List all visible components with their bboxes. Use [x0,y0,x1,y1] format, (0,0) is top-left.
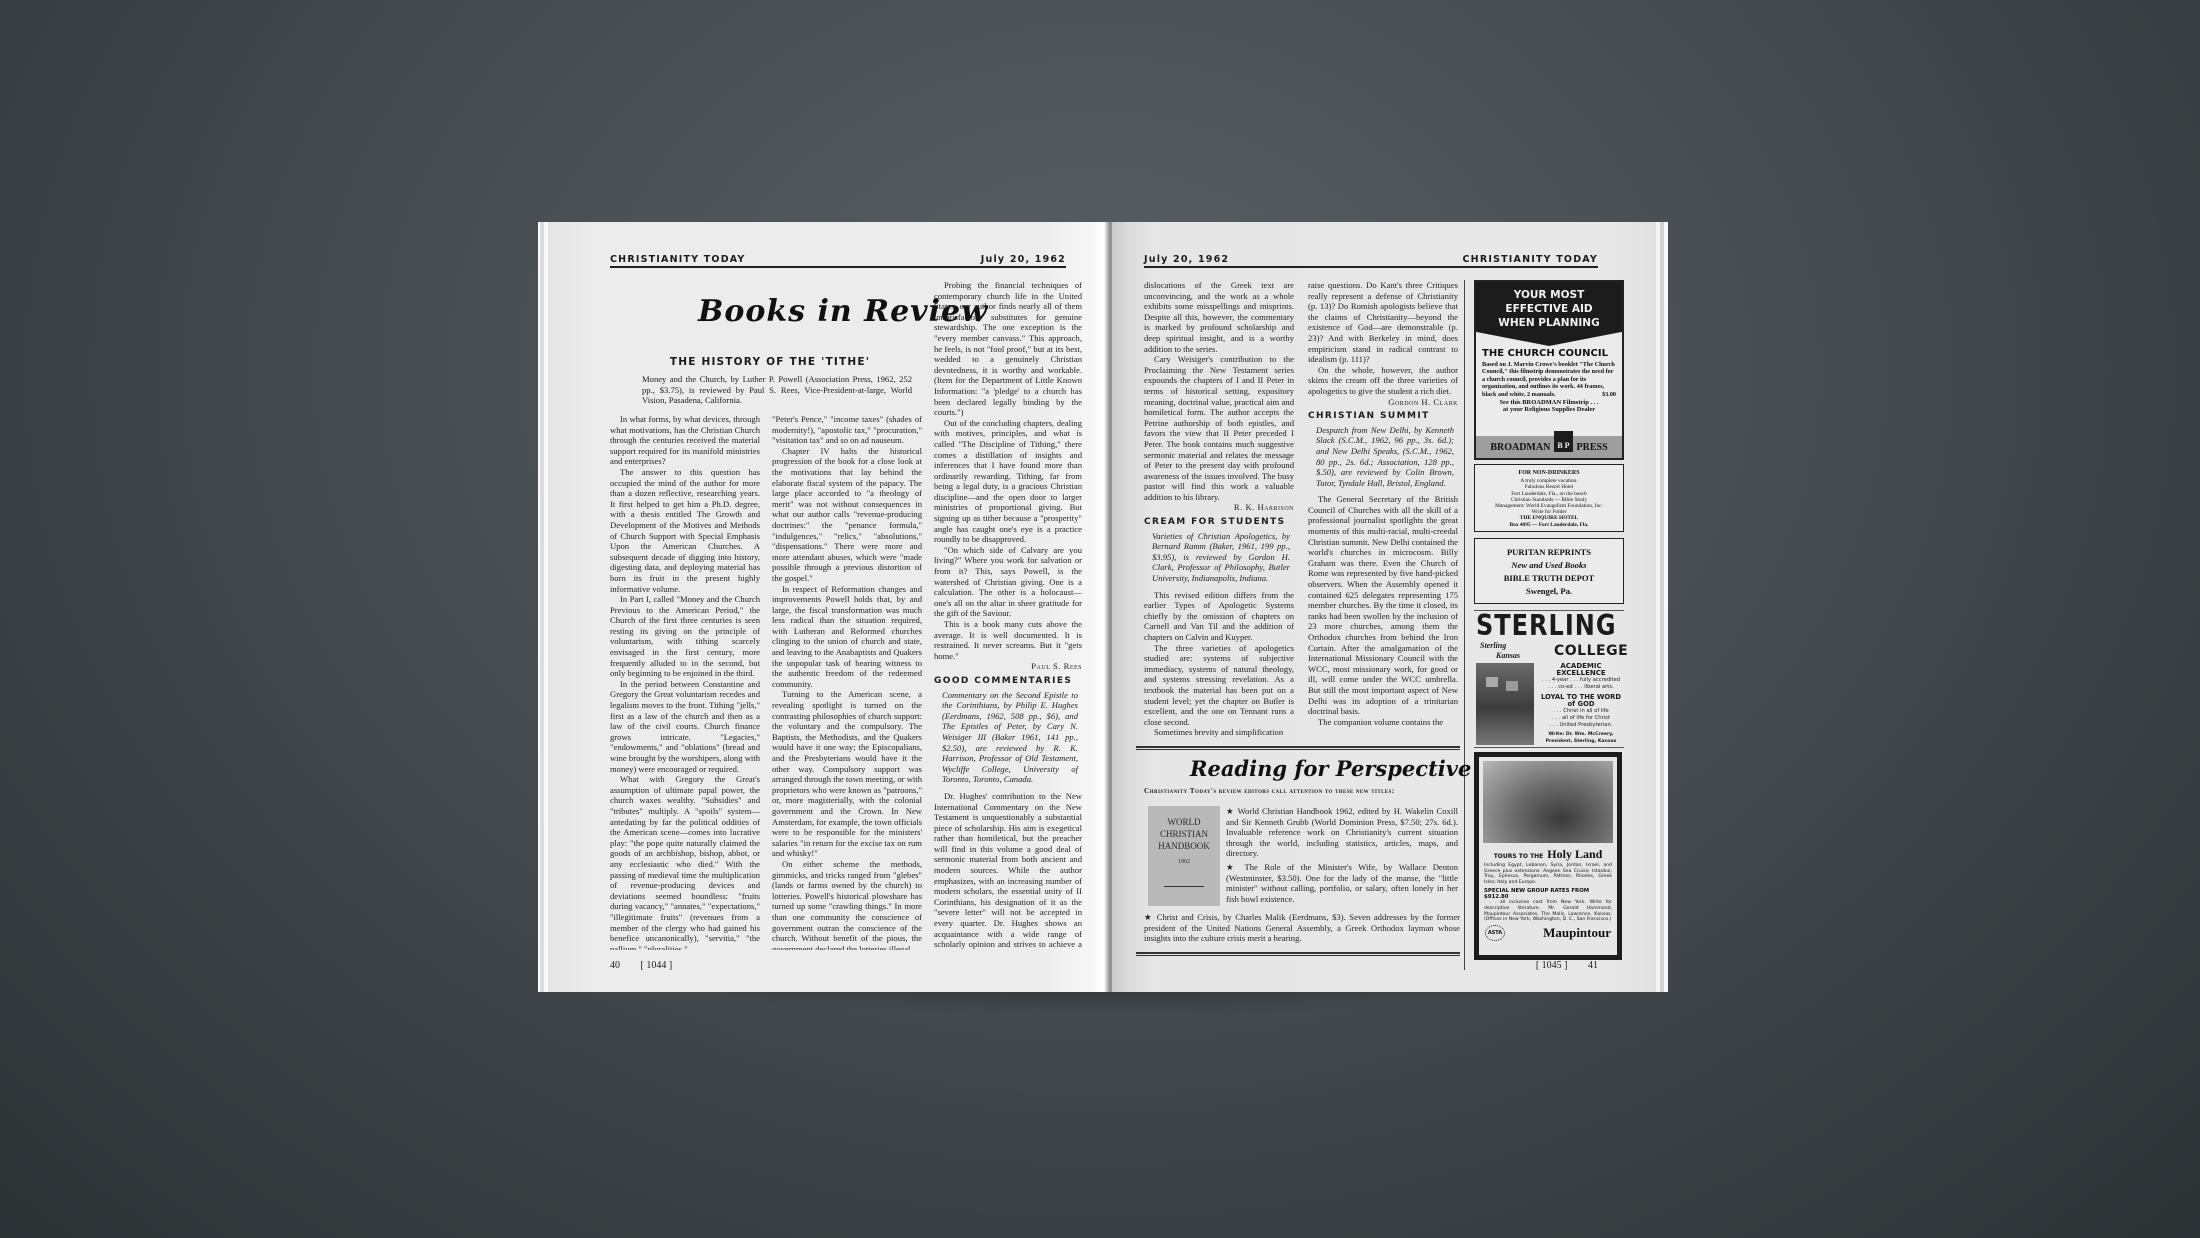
ad-line: PURITAN REPRINTS [1475,546,1623,559]
ad-line: BIBLE TRUTH DEPOT [1475,572,1623,585]
section-heading: CREAM FOR STUDENTS [1144,517,1294,528]
ad-banner: YOUR MOST EFFECTIVE AID WHEN PLANNING [1476,282,1622,346]
reading-list: ★ World Christian Handbook 1962, edited … [1226,806,1458,907]
reading-item: ★ World Christian Handbook 1962, edited … [1226,806,1458,859]
banner-line: EFFECTIVE AID [1476,302,1622,316]
ad-line: . . . 4-year . . . fully accredited [1538,677,1624,684]
ad-line: . . . co-ed . . . liberal arts. [1538,684,1624,691]
ad-cta: at your Religious Supplies Dealer [1476,406,1622,413]
ad-body: Based on J. Marvin Crowe's booklet "The … [1476,361,1622,398]
ad-line: Kansas [1480,651,1520,661]
volume-page-number: [ 1044 ] [641,960,673,971]
paragraph: The General Secretary of the British Cou… [1308,494,1458,716]
ad-headline: TOURS TO THE Holy Land [1479,847,1617,862]
paragraph: Chapter IV halts the historical progress… [772,446,922,584]
paragraph: This is a book many cuts above the avera… [934,619,1082,661]
paragraph: Probing the financial techniques of cont… [934,280,1082,418]
page-number: [ 1045 ] 41 [1536,960,1598,971]
review-byline: Varieties of Christian Apologetics, by B… [1144,531,1294,584]
ad-line: Sterling [1480,641,1520,651]
broadman-logo-bar: BROADMAN B P PRESS [1476,436,1622,458]
left-column-2: "Peter's Pence," "income taxes" (shades … [772,414,922,950]
volume-page-number: [ 1045 ] [1536,960,1568,971]
ad-line: ACADEMIC EXCELLENCE [1538,663,1624,677]
ad-title: FOR NON-DRINKERS [1475,470,1623,476]
paragraph: What with Gregory the Great's assumption… [610,774,760,950]
ad-line: TOURS TO THE [1494,853,1544,860]
page-number: 40 [ 1044 ] [610,960,672,971]
paragraph: "On which side of Calvary are you living… [934,545,1082,619]
banner-line: YOUR MOST [1476,288,1622,302]
right-column-2: raise questions. Do Kant's three Critiqu… [1308,280,1458,744]
left-running-head: CHRISTIANITY TODAY July 20, 1962 [610,254,1066,268]
ad-sterling-college[interactable]: STERLING Sterling Kansas COLLEGE ACADEMI… [1474,610,1624,748]
paragraph: Cary Weisiger's contribution to the Proc… [1144,354,1294,502]
magazine-name: CHRISTIANITY TODAY [1463,254,1599,263]
section-heading: CHRISTIAN SUMMIT [1308,411,1458,422]
issue-date: July 20, 1962 [1144,254,1229,263]
paragraph: Sometimes brevity and simplification [1144,727,1294,738]
ad-line: Swengel, Pa. [1475,585,1623,598]
ad-college: COLLEGE [1554,643,1628,659]
issue-date: July 20, 1962 [981,254,1066,263]
reviewer-signature: Paul S. Rees [934,661,1082,672]
paragraph: raise questions. Do Kant's three Critiqu… [1308,280,1458,365]
paragraph: The companion volume contains the [1308,717,1458,728]
paragraph: In what forms, by what devices, through … [610,414,760,467]
asta-badge-icon: ASTA [1485,925,1505,941]
ad-puritan-reprints[interactable]: PURITAN REPRINTS New and Used Books BIBL… [1474,538,1624,604]
article-title: THE HISTORY OF THE 'TITHE' [610,356,930,368]
page-number-value: 40 [610,960,620,971]
book-cover-image: WORLD CHRISTIAN HANDBOOK 1962 [1148,806,1220,906]
cross-logo-icon: B P [1554,431,1572,452]
magazine-name: CHRISTIANITY TODAY [610,254,746,263]
review-byline: Commentary on the Second Epistle to the … [934,690,1082,785]
ad-brand: Maupintour [1543,925,1611,941]
college-building-photo [1476,663,1534,745]
ad-line: LOYAL TO THE WORD of GOD [1538,694,1624,708]
left-column-1: In what forms, by what devices, through … [610,414,760,950]
ad-title: STERLING [1474,611,1624,640]
paragraph: In respect of Reformation changes and im… [772,584,922,690]
article-byline: Money and the Church, by Luther P. Powel… [642,374,912,406]
ad-contact: Write: Dr. Wm. McCreery, President, Ster… [1538,731,1624,745]
right-page: July 20, 1962 CHRISTIANITY TODAY disloca… [1112,222,1656,992]
column-divider [1464,280,1465,970]
divider-rule [1136,952,1460,956]
paragraph: "Peter's Pence," "income taxes" (shades … [772,414,922,446]
left-column-3: Probing the financial techniques of cont… [934,280,1082,950]
right-running-head: July 20, 1962 CHRISTIANITY TODAY [1144,254,1598,268]
paragraph: In Part I, called "Money and the Church … [610,594,760,679]
reading-title: Reading for Perspective [1190,756,1471,781]
ad-enquire-hotel[interactable]: FOR NON-DRINKERS A truly complete vacati… [1474,464,1624,532]
paragraph: Turning to the American scene, a reveali… [772,689,922,859]
ad-title: THE CHURCH COUNCIL [1476,346,1622,361]
paragraph: dislocations of the Greek text are uncon… [1144,280,1294,354]
ad-cta: See this BROADMAN Filmstrip . . . [1476,399,1622,406]
banner-line: WHEN PLANNING [1476,316,1622,330]
left-page: CHRISTIANITY TODAY July 20, 1962 Books i… [548,222,1104,992]
ad-desc: Including Egypt, Lebanon, Syria, Jordan,… [1479,862,1617,886]
review-byline: Despatch from New Delhi, by Kenneth Slac… [1308,425,1458,489]
reading-item: ★ The Role of the Minister's Wife, by Wa… [1226,862,1458,904]
paragraph: Dr. Hughes' contribution to the New Inte… [934,791,1082,950]
ad-price: $3.00 [1602,391,1616,398]
reading-list-continued: ★ Christ and Crisis, by Charles Malik (E… [1144,912,1460,944]
ad-body: . . . all inclusive cost from New York. … [1479,900,1617,922]
ad-maupintour[interactable]: TOURS TO THE Holy Land Including Egypt, … [1474,752,1622,960]
ad-broadman-press[interactable]: YOUR MOST EFFECTIVE AID WHEN PLANNING TH… [1474,280,1624,460]
ad-line: New and Used Books [1475,559,1623,572]
camel-pyramid-photo [1483,761,1613,843]
reviewer-signature: Gordon H. Clark [1308,397,1458,408]
ad-line: Box 4095 — Fort Lauderdale, Fla. [1475,522,1623,528]
reading-subtitle: Christianity Today's review editors call… [1144,786,1460,795]
cover-text: WORLD [1148,816,1220,828]
ad-body-text: Based on J. Marvin Crowe's booklet "The … [1482,361,1615,398]
cover-year: 1962 [1148,856,1220,868]
logo-text: PRESS [1577,442,1608,453]
open-magazine: CHRISTIANITY TODAY July 20, 1962 Books i… [548,222,1656,992]
ad-special: SPECIAL NEW GROUP RATES FROM $912.80 [1479,886,1617,900]
cover-text: HANDBOOK [1148,840,1220,852]
divider-rule [1136,746,1460,750]
ad-location: Sterling Kansas [1480,641,1520,661]
paragraph: The answer to this question has occupied… [610,467,760,594]
logo-text: BROADMAN [1490,442,1550,453]
section-heading: GOOD COMMENTARIES [934,676,1082,687]
ad-title: Holy Land [1547,847,1602,862]
right-column-1: dislocations of the Greek text are uncon… [1144,280,1294,744]
reviewer-signature: R. K. Harrison [1144,502,1294,513]
ad-line: . . . United Presbyterian. [1538,722,1624,729]
cover-text: CHRISTIAN [1148,828,1220,840]
ad-footer: ASTA Maupintour [1479,923,1617,943]
reading-item: ★ Christ and Crisis, by Charles Malik (E… [1144,912,1460,944]
cover-rule [1164,886,1204,887]
paragraph: This revised edition differs from the ea… [1144,590,1294,643]
paragraph: Out of the concluding chapters, dealing … [934,418,1082,545]
ad-line: . . . all of life for Christ [1538,715,1624,722]
paragraph: The three varieties of apologetics studi… [1144,643,1294,728]
ad-line: . . . Christ in all of life [1538,708,1624,715]
page-number-value: 41 [1588,960,1598,971]
paragraph: On either scheme the methods, gimmicks, … [772,859,922,950]
ad-copy: ACADEMIC EXCELLENCE . . . 4-year . . . f… [1538,663,1624,745]
paragraph: On the whole, however, the author skims … [1308,365,1458,397]
paragraph: In the period between Constantine and Gr… [610,679,760,774]
